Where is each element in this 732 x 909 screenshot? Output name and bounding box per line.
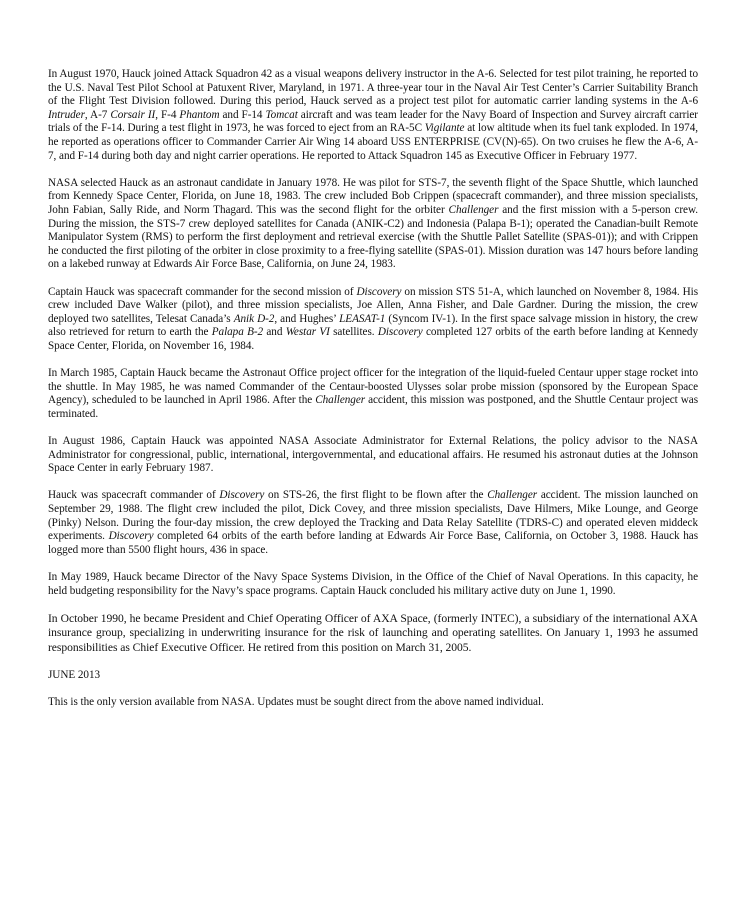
paragraph: In October 1990, he became President and… [48,612,698,655]
paragraph: In August 1986, Captain Hauck was appoin… [48,435,698,476]
italic-term: Anik D-2 [234,313,275,325]
paragraph: In May 1989, Hauck became Director of th… [48,571,698,598]
paragraph: In August 1970, Hauck joined Attack Squa… [48,68,698,163]
paragraph: Captain Hauck was spacecraft commander f… [48,286,698,354]
italic-term: Challenger [449,204,499,216]
biography-page: In August 1970, Hauck joined Attack Squa… [48,68,698,723]
paragraph: JUNE 2013 [48,669,698,683]
italic-term: LEASAT-1 [339,313,385,325]
italic-term: Challenger [487,489,537,501]
italic-term: Discovery [357,286,402,298]
paragraph: Hauck was spacecraft commander of Discov… [48,489,698,557]
italic-term: Discovery [378,326,423,338]
italic-term: Palapa B-2 [212,326,263,338]
italic-term: Vigilante [425,122,465,134]
italic-term: Challenger [315,394,365,406]
paragraph: This is the only version available from … [48,696,698,710]
paragraph: NASA selected Hauck as an astronaut cand… [48,177,698,272]
italic-term: Discovery [219,489,264,501]
paragraph: In March 1985, Captain Hauck became the … [48,367,698,421]
italic-term: Discovery [109,530,154,542]
italic-term: Intruder [48,109,85,121]
italic-term: Tomcat [266,109,298,121]
italic-term: Phantom [179,109,219,121]
italic-term: Corsair II [110,109,155,121]
italic-term: Westar VI [286,326,330,338]
